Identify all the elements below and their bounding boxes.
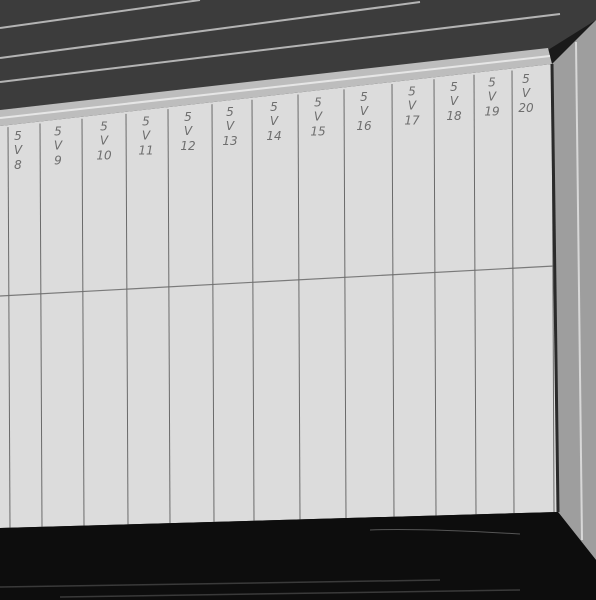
svg-text:5: 5	[14, 129, 22, 143]
svg-text:15: 15	[310, 124, 325, 138]
svg-text:9: 9	[54, 153, 62, 167]
svg-text:5: 5	[408, 85, 416, 99]
svg-text:5: 5	[226, 105, 234, 119]
svg-text:5: 5	[360, 90, 368, 104]
svg-text:11: 11	[138, 144, 153, 158]
svg-text:V: V	[314, 109, 323, 123]
svg-text:V: V	[14, 143, 23, 157]
svg-text:10: 10	[96, 148, 112, 162]
svg-text:14: 14	[266, 129, 281, 143]
svg-text:5: 5	[488, 76, 496, 90]
svg-text:5: 5	[184, 110, 192, 124]
board-marking: 5V8	[14, 129, 23, 172]
svg-text:13: 13	[222, 134, 237, 148]
svg-text:18: 18	[446, 109, 462, 123]
room-wall-scene: 5V85V95V105V115V125V135V145V155V165V175V…	[0, 0, 596, 600]
board-marking: 5V9	[54, 124, 63, 167]
svg-text:5: 5	[100, 119, 108, 133]
svg-text:8: 8	[14, 158, 22, 172]
svg-text:5: 5	[450, 80, 458, 94]
svg-text:V: V	[270, 114, 279, 128]
svg-text:12: 12	[180, 139, 195, 153]
svg-text:19: 19	[484, 105, 499, 119]
svg-text:17: 17	[404, 114, 420, 128]
svg-text:5: 5	[54, 124, 62, 138]
svg-text:V: V	[54, 138, 63, 152]
svg-text:V: V	[184, 124, 193, 138]
photograph: 5V85V95V105V115V125V135V145V155V165V175V…	[0, 0, 596, 600]
svg-text:20: 20	[518, 101, 534, 115]
svg-text:5: 5	[522, 72, 530, 86]
svg-text:V: V	[226, 119, 235, 133]
svg-text:V: V	[450, 94, 459, 108]
svg-text:V: V	[522, 86, 531, 100]
svg-text:V: V	[100, 133, 109, 147]
svg-text:5: 5	[314, 95, 322, 109]
svg-text:V: V	[488, 90, 497, 104]
svg-text:V: V	[408, 99, 417, 113]
svg-text:16: 16	[356, 119, 372, 133]
svg-text:5: 5	[270, 100, 278, 114]
svg-text:V: V	[142, 129, 151, 143]
svg-text:V: V	[360, 104, 369, 118]
svg-text:5: 5	[142, 115, 150, 129]
